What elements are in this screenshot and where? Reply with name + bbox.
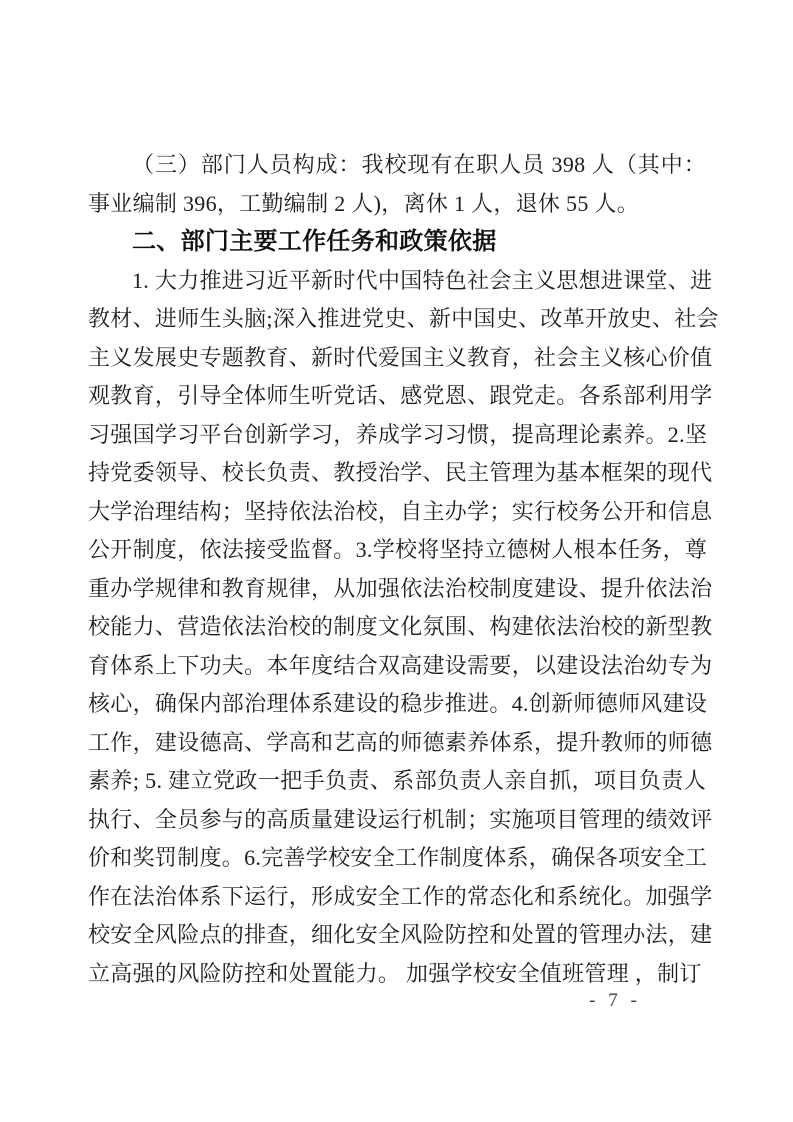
document-line: 公开制度，依法接受监督。3.学校将坚持立德树人根本任务，尊 — [88, 531, 706, 570]
document-line: 习强国学习平台创新学习，养成学习习惯，提高理论素养。2.坚 — [88, 416, 706, 455]
document-line: 观教育，引导全体师生听党话、感党恩、跟党走。各系部利用学 — [88, 377, 706, 416]
document-line: 价和奖罚制度。6.完善学校安全工作制度体系，确保各项安全工 — [88, 839, 706, 878]
document-line: 育体系上下功夫。本年度结合双高建设需要，以建设法治幼专为 — [88, 647, 706, 686]
document-line: 立高强的风险防控和处置能力。 加强学校安全值班管理 ，制订 — [88, 955, 706, 994]
document-line: （三）部门人员构成：我校现有在职人员 398 人（其中： — [88, 146, 706, 185]
document-line: 重办学规律和教育规律，从加强依法治校制度建设、提升依法治 — [88, 570, 706, 609]
document-line: 校安全风险点的排查，细化安全风险防控和处置的管理办法，建 — [88, 916, 706, 955]
document-line: 核心，确保内部治理体系建设的稳步推进。4.创新师德师风建设 — [88, 685, 706, 724]
document-line: 教材、进师生头脑;深入推进党史、新中国史、改革开放史、社会 — [88, 300, 706, 339]
document-line: 大学治理结构；坚持依法治校，自主办学；实行校务公开和信息 — [88, 493, 706, 532]
document-body: （三）部门人员构成：我校现有在职人员 398 人（其中：事业编制 396，工勤编… — [88, 146, 706, 993]
document-line: 1. 大力推进习近平新时代中国特色社会主义思想进课堂、进 — [88, 262, 706, 301]
document-line: 工作，建设德高、学高和艺高的师德素养体系，提升教师的师德 — [88, 724, 706, 763]
document-line: 主义发展史专题教育、新时代爱国主义教育，社会主义核心价值 — [88, 339, 706, 378]
page-number: - 7 - — [563, 989, 667, 1013]
document-page: （三）部门人员构成：我校现有在职人员 398 人（其中：事业编制 396，工勤编… — [0, 0, 793, 1122]
document-line: 持党委领导、校长负责、教授治学、民主管理为基本框架的现代 — [88, 454, 706, 493]
section-heading: 二、部门主要工作任务和政策依据 — [88, 223, 706, 262]
document-line: 作在法治体系下运行，形成安全工作的常态化和系统化。加强学 — [88, 878, 706, 917]
document-line: 事业编制 396，工勤编制 2 人)，离休 1 人，退休 55 人。 — [88, 185, 706, 224]
document-line: 素养; 5. 建立党政一把手负责、系部负责人亲自抓，项目负责人 — [88, 762, 706, 801]
document-line: 执行、全员参与的高质量建设运行机制；实施项目管理的绩效评 — [88, 801, 706, 840]
document-line: 校能力、营造依法治校的制度文化氛围、构建依法治校的新型教 — [88, 608, 706, 647]
